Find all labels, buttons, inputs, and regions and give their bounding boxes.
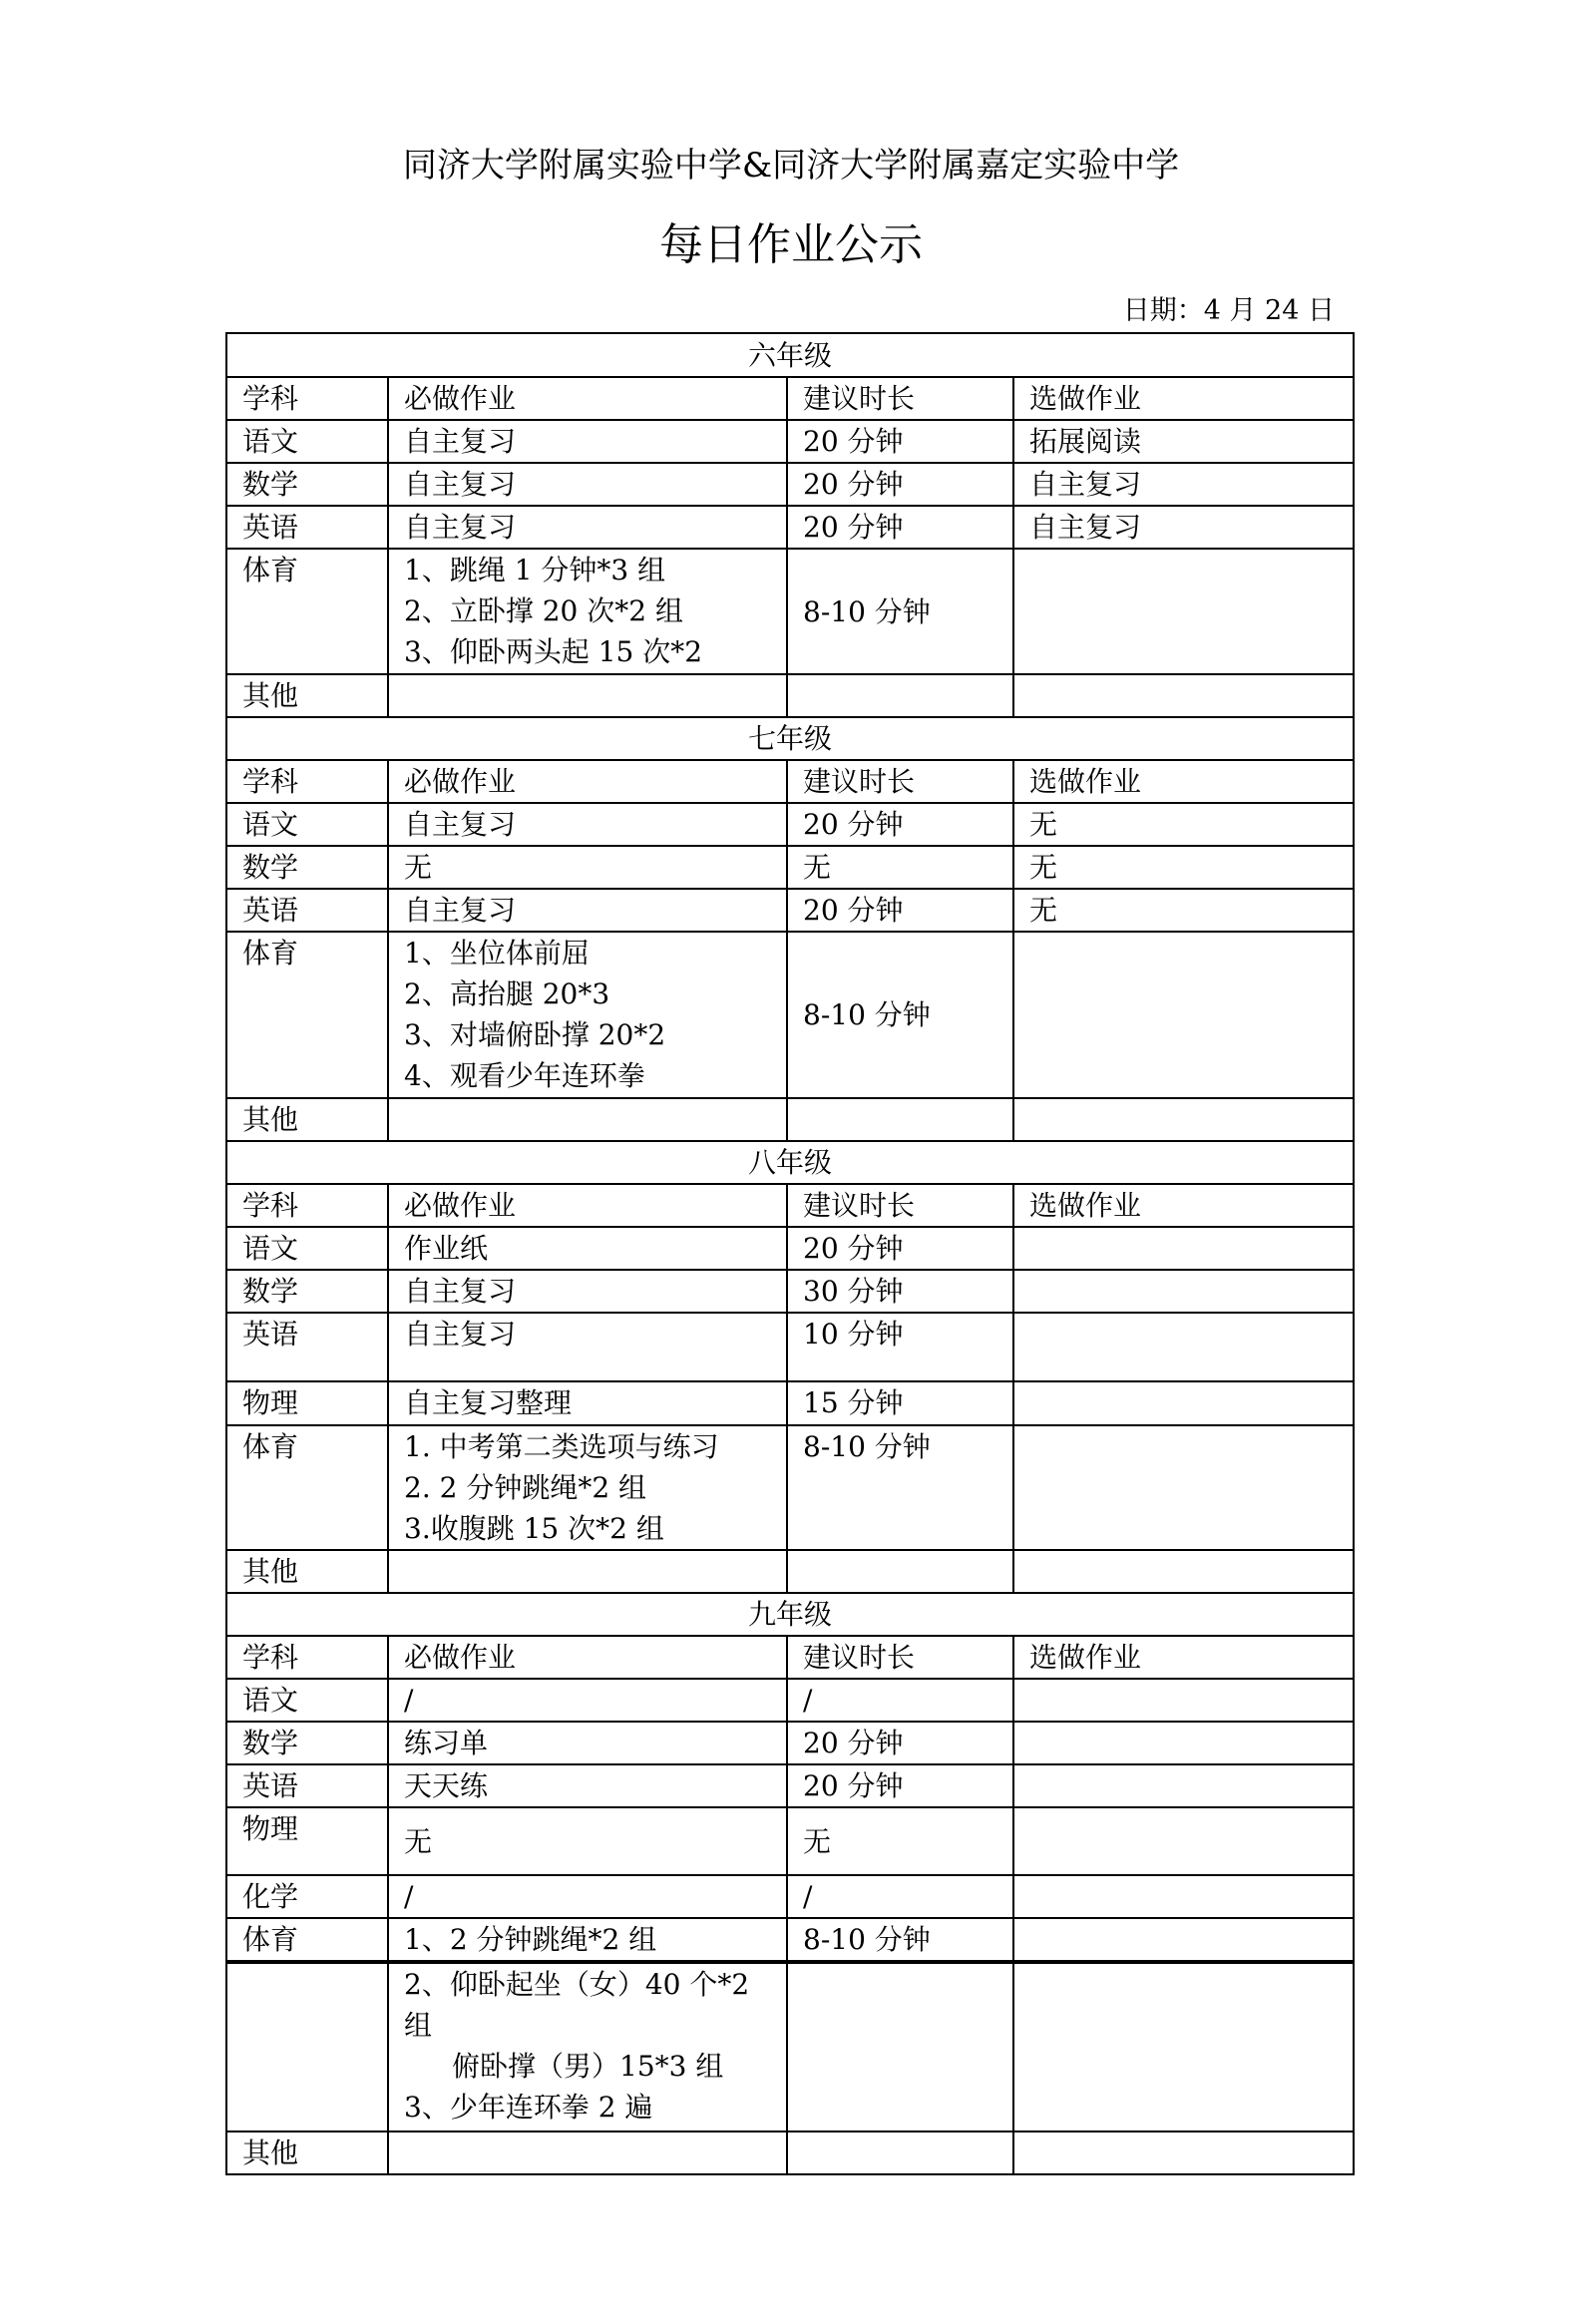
subject-cell: 数学 [226, 846, 388, 889]
duration-cell [787, 1550, 1013, 1593]
required-cell: 无 [388, 846, 787, 889]
optional-cell [1013, 1807, 1354, 1875]
optional-cell [1013, 2131, 1354, 2174]
required-line: 1. 中考第二类选项与练习 [404, 1426, 786, 1467]
optional-cell [1013, 1679, 1354, 1722]
duration-cell: 20 分钟 [787, 463, 1013, 506]
subject-cell: 其他 [226, 674, 388, 717]
column-header-row: 学科 必做作业 建议时长 选做作业 [226, 377, 1354, 420]
subject-cell: 物理 [226, 1381, 388, 1425]
duration-cell: 20 分钟 [787, 1227, 1013, 1270]
col-required: 必做作业 [388, 1184, 787, 1227]
required-cell: 自主复习 [388, 803, 787, 846]
table-row: 体育 1. 中考第二类选项与练习 2. 2 分钟跳绳*2 组 3.收腹跳 15 … [226, 1425, 1354, 1550]
table-row: 数学 自主复习 30 分钟 [226, 1270, 1354, 1313]
homework-table-continuation: 2、仰卧起坐（女）40 个*2 组 俯卧撑（男）15*3 组 3、少年连环拳 2… [225, 1962, 1355, 2175]
table-row: 其他 [226, 1550, 1354, 1593]
duration-cell: 15 分钟 [787, 1381, 1013, 1425]
required-cell: 1. 中考第二类选项与练习 2. 2 分钟跳绳*2 组 3.收腹跳 15 次*2… [388, 1425, 787, 1550]
required-cell: 2、仰卧起坐（女）40 个*2 组 俯卧撑（男）15*3 组 3、少年连环拳 2… [388, 1963, 787, 2131]
optional-cell [1013, 1918, 1354, 1961]
school-title: 同济大学附属实验中学&同济大学附属嘉定实验中学 [0, 146, 1582, 186]
date-label: 日期：4 月 24 日 [1123, 295, 1335, 327]
subject-cell: 数学 [226, 1270, 388, 1313]
duration-cell: 20 分钟 [787, 506, 1013, 549]
col-subject: 学科 [226, 377, 388, 420]
required-cell [388, 674, 787, 717]
homework-table: 六年级 学科 必做作业 建议时长 选做作业 语文 自主复习 20 分钟 拓展阅读… [225, 332, 1355, 1962]
optional-cell: 无 [1013, 846, 1354, 889]
required-cell: 自主复习 [388, 420, 787, 463]
subject-cell: 英语 [226, 1313, 388, 1381]
optional-cell: 无 [1013, 889, 1354, 932]
optional-cell [1013, 1764, 1354, 1807]
required-line: 3.收腹跳 15 次*2 组 [404, 1508, 786, 1549]
required-cell [388, 2131, 787, 2174]
subject-cell: 其他 [226, 2131, 388, 2174]
column-header-row: 学科 必做作业 建议时长 选做作业 [226, 1636, 1354, 1679]
table-row: 物理 无 无 [226, 1807, 1354, 1875]
table-row: 体育 1、2 分钟跳绳*2 组 8-10 分钟 [226, 1918, 1354, 1961]
optional-cell [1013, 1270, 1354, 1313]
col-duration: 建议时长 [787, 1636, 1013, 1679]
page-title: 每日作业公示 [0, 219, 1582, 271]
table-row: 英语 自主复习 20 分钟 自主复习 [226, 506, 1354, 549]
subject-cell: 体育 [226, 1425, 388, 1550]
table-row: 语文 作业纸 20 分钟 [226, 1227, 1354, 1270]
duration-cell [787, 674, 1013, 717]
duration-cell: 20 分钟 [787, 889, 1013, 932]
required-line: 1、坐位体前屈 [404, 933, 786, 973]
duration-cell: 20 分钟 [787, 1764, 1013, 1807]
duration-cell: / [787, 1679, 1013, 1722]
required-cell [388, 1098, 787, 1141]
subject-cell: 英语 [226, 889, 388, 932]
table-row: 物理 自主复习整理 15 分钟 [226, 1381, 1354, 1425]
optional-cell [1013, 1098, 1354, 1141]
required-cell [388, 1550, 787, 1593]
grade-header-9: 九年级 [226, 1593, 1354, 1636]
required-cell: 练习单 [388, 1722, 787, 1764]
optional-cell [1013, 1227, 1354, 1270]
duration-cell: 20 分钟 [787, 1722, 1013, 1764]
optional-cell: 自主复习 [1013, 506, 1354, 549]
col-optional: 选做作业 [1013, 760, 1354, 803]
subject-cell: 体育 [226, 932, 388, 1098]
optional-cell [1013, 674, 1354, 717]
duration-cell: 无 [787, 846, 1013, 889]
col-duration: 建议时长 [787, 377, 1013, 420]
duration-cell: 20 分钟 [787, 803, 1013, 846]
subject-cell: 语文 [226, 1679, 388, 1722]
col-subject: 学科 [226, 1636, 388, 1679]
required-cell: 1、跳绳 1 分钟*3 组 2、立卧撑 20 次*2 组 3、仰卧两头起 15 … [388, 549, 787, 674]
required-line: 3、对墙俯卧撑 20*2 [404, 1014, 786, 1055]
subject-cell: 体育 [226, 549, 388, 674]
table-row: 其他 [226, 1098, 1354, 1141]
optional-cell [1013, 1875, 1354, 1918]
col-subject: 学科 [226, 760, 388, 803]
duration-cell [787, 1963, 1013, 2131]
optional-cell [1013, 549, 1354, 674]
table-row: 数学 自主复习 20 分钟 自主复习 [226, 463, 1354, 506]
required-cell: 1、2 分钟跳绳*2 组 [388, 1918, 787, 1961]
col-optional: 选做作业 [1013, 1184, 1354, 1227]
required-line: 2、立卧撑 20 次*2 组 [404, 590, 786, 631]
required-cell: 自主复习 [388, 1313, 787, 1381]
col-duration: 建议时长 [787, 760, 1013, 803]
table-row: 数学 练习单 20 分钟 [226, 1722, 1354, 1764]
subject-cell: 语文 [226, 803, 388, 846]
subject-cell [226, 1963, 388, 2131]
required-line: 2、仰卧起坐（女）40 个*2 [404, 1964, 786, 2005]
optional-cell: 拓展阅读 [1013, 420, 1354, 463]
col-duration: 建议时长 [787, 1184, 1013, 1227]
table-row: 英语 天天练 20 分钟 [226, 1764, 1354, 1807]
column-header-row: 学科 必做作业 建议时长 选做作业 [226, 1184, 1354, 1227]
table-row: 2、仰卧起坐（女）40 个*2 组 俯卧撑（男）15*3 组 3、少年连环拳 2… [226, 1963, 1354, 2131]
required-line: 俯卧撑（男）15*3 组 [404, 2046, 786, 2087]
duration-cell: 8-10 分钟 [787, 1425, 1013, 1550]
subject-cell: 化学 [226, 1875, 388, 1918]
required-line: 2. 2 分钟跳绳*2 组 [404, 1467, 786, 1508]
subject-cell: 语文 [226, 420, 388, 463]
col-subject: 学科 [226, 1184, 388, 1227]
duration-cell: 8-10 分钟 [787, 1918, 1013, 1961]
required-line: 1、跳绳 1 分钟*3 组 [404, 550, 786, 590]
required-cell: 无 [388, 1807, 787, 1875]
table-row: 化学 / / [226, 1875, 1354, 1918]
subject-cell: 英语 [226, 506, 388, 549]
optional-cell: 自主复习 [1013, 463, 1354, 506]
required-line: 4、观看少年连环拳 [404, 1055, 786, 1096]
col-required: 必做作业 [388, 1636, 787, 1679]
subject-cell: 体育 [226, 1918, 388, 1961]
required-line: 3、少年连环拳 2 遍 [404, 2087, 786, 2128]
required-cell: 自主复习 [388, 506, 787, 549]
table-row: 英语 自主复习 20 分钟 无 [226, 889, 1354, 932]
duration-cell: 8-10 分钟 [787, 932, 1013, 1098]
grade-header-8: 八年级 [226, 1141, 1354, 1184]
required-line: 3、仰卧两头起 15 次*2 [404, 631, 786, 672]
table-row: 其他 [226, 674, 1354, 717]
optional-cell [1013, 1963, 1354, 2131]
duration-cell: 无 [787, 1807, 1013, 1875]
subject-cell: 英语 [226, 1764, 388, 1807]
optional-cell [1013, 1425, 1354, 1550]
table-row: 体育 1、坐位体前屈 2、高抬腿 20*3 3、对墙俯卧撑 20*2 4、观看少… [226, 932, 1354, 1098]
table-row: 体育 1、跳绳 1 分钟*3 组 2、立卧撑 20 次*2 组 3、仰卧两头起 … [226, 549, 1354, 674]
duration-cell: 10 分钟 [787, 1313, 1013, 1381]
required-cell: 自主复习 [388, 463, 787, 506]
col-optional: 选做作业 [1013, 377, 1354, 420]
table-row: 数学 无 无 无 [226, 846, 1354, 889]
optional-cell: 无 [1013, 803, 1354, 846]
subject-cell: 数学 [226, 463, 388, 506]
required-cell: 自主复习 [388, 1270, 787, 1313]
col-required: 必做作业 [388, 377, 787, 420]
table-row: 其他 [226, 2131, 1354, 2174]
subject-cell: 物理 [226, 1807, 388, 1875]
required-line: 2、高抬腿 20*3 [404, 973, 786, 1014]
duration-cell: 8-10 分钟 [787, 549, 1013, 674]
required-cell: 1、坐位体前屈 2、高抬腿 20*3 3、对墙俯卧撑 20*2 4、观看少年连环… [388, 932, 787, 1098]
table-row: 语文 自主复习 20 分钟 拓展阅读 [226, 420, 1354, 463]
optional-cell [1013, 1550, 1354, 1593]
table-row: 语文 自主复习 20 分钟 无 [226, 803, 1354, 846]
required-cell: / [388, 1875, 787, 1918]
required-line: 组 [404, 2005, 786, 2046]
duration-cell [787, 2131, 1013, 2174]
duration-cell: 20 分钟 [787, 420, 1013, 463]
col-required: 必做作业 [388, 760, 787, 803]
duration-cell: 30 分钟 [787, 1270, 1013, 1313]
subject-cell: 其他 [226, 1098, 388, 1141]
optional-cell [1013, 1313, 1354, 1381]
duration-cell: / [787, 1875, 1013, 1918]
grade-header-6: 六年级 [226, 333, 1354, 377]
table-row: 语文 / / [226, 1679, 1354, 1722]
duration-cell [787, 1098, 1013, 1141]
subject-cell: 其他 [226, 1550, 388, 1593]
required-cell: 作业纸 [388, 1227, 787, 1270]
column-header-row: 学科 必做作业 建议时长 选做作业 [226, 760, 1354, 803]
grade-header-7: 七年级 [226, 717, 1354, 760]
required-cell: / [388, 1679, 787, 1722]
required-cell: 自主复习整理 [388, 1381, 787, 1425]
required-cell: 自主复习 [388, 889, 787, 932]
table-row: 英语 自主复习 10 分钟 [226, 1313, 1354, 1381]
optional-cell [1013, 932, 1354, 1098]
subject-cell: 数学 [226, 1722, 388, 1764]
required-cell: 天天练 [388, 1764, 787, 1807]
col-optional: 选做作业 [1013, 1636, 1354, 1679]
subject-cell: 语文 [226, 1227, 388, 1270]
optional-cell [1013, 1722, 1354, 1764]
optional-cell [1013, 1381, 1354, 1425]
